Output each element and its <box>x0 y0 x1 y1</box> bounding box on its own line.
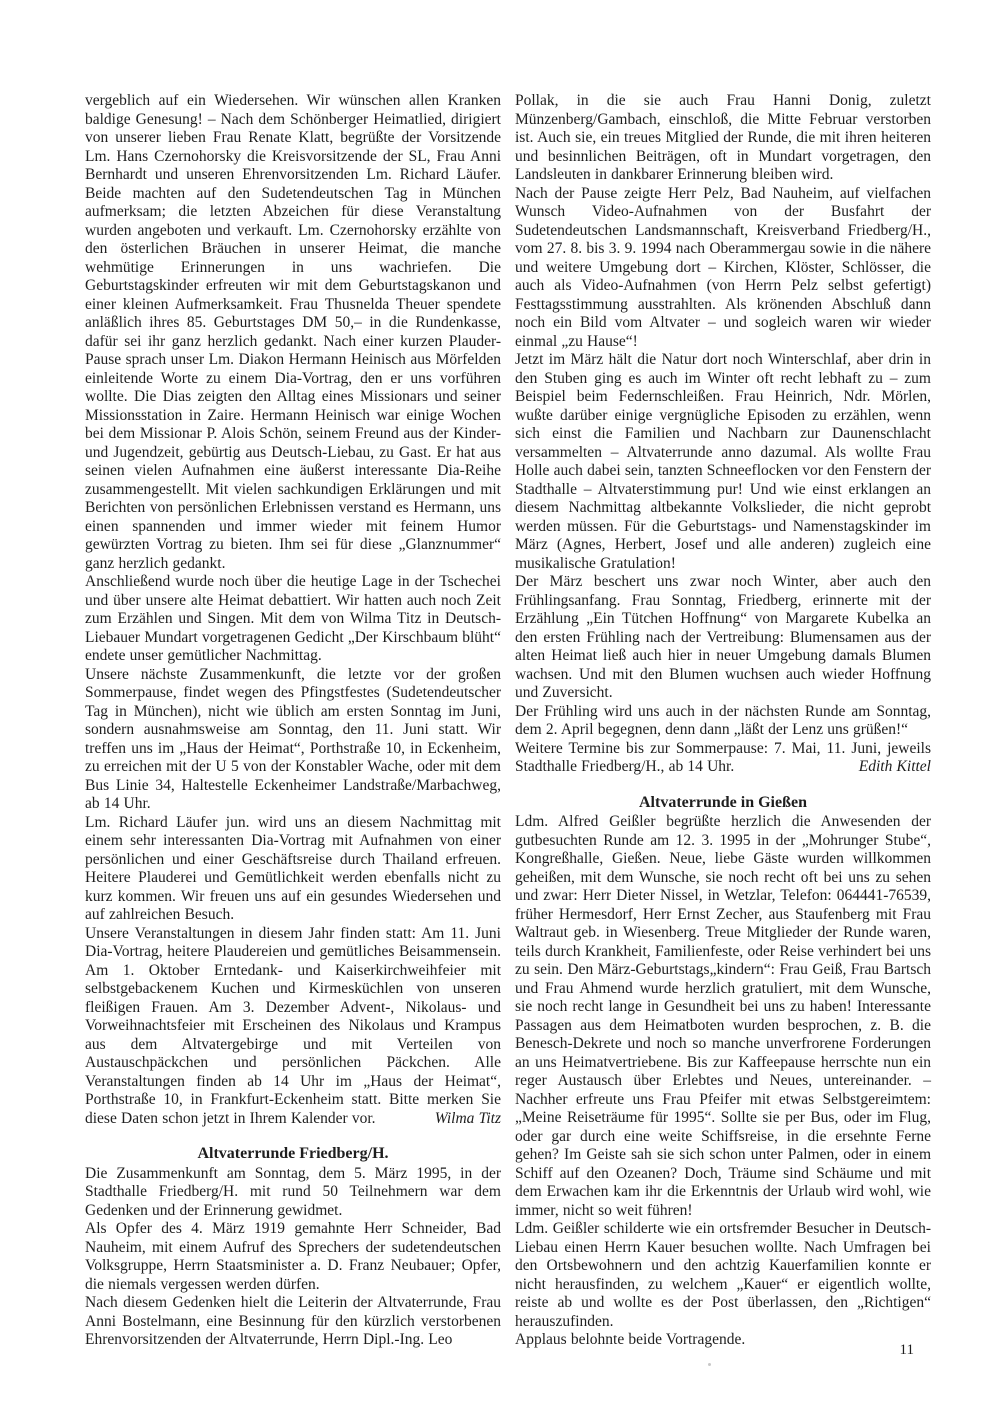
body-paragraph: Der Frühling wird uns auch in der nächst… <box>515 703 931 740</box>
body-paragraph: Jetzt im März hält die Natur dort noch W… <box>515 351 931 573</box>
print-artifact-dot <box>708 1363 711 1366</box>
paragraph-text: Unsere Veranstaltungen in diesem Jahr fi… <box>85 925 501 1127</box>
body-paragraph: Anschließend wurde noch über die heutige… <box>85 573 501 666</box>
body-paragraph: Die Zusammenkunft am Sonntag, dem 5. Mär… <box>85 1165 501 1221</box>
section-heading-friedberg: Altvaterrunde Friedberg/H. <box>85 1145 501 1164</box>
body-paragraph: Nach der Pause zeigte Herr Pelz, Bad Nau… <box>515 185 931 352</box>
newsletter-page: vergeblich auf ein Wiedersehen. Wir wüns… <box>0 0 1000 1412</box>
section-heading-giessen: Altvaterrunde in Gießen <box>515 794 931 813</box>
author-signature-wilma-titz: Wilma Titz <box>435 1110 501 1129</box>
author-signature-edith-kittel: Edith Kittel <box>859 758 931 777</box>
body-paragraph-with-signature: Unsere Veranstaltungen in diesem Jahr fi… <box>85 925 501 1129</box>
left-column: vergeblich auf ein Wiedersehen. Wir wüns… <box>85 92 501 1350</box>
article-body: vergeblich auf ein Wiedersehen. Wir wüns… <box>85 92 931 1350</box>
body-paragraph: Als Opfer des 4. März 1919 gemahnte Herr… <box>85 1220 501 1294</box>
body-paragraph: Lm. Richard Läufer jun. wird uns an dies… <box>85 814 501 925</box>
body-paragraph: Nach diesem Gedenken hielt die Leiterin … <box>85 1294 501 1350</box>
body-paragraph-with-signature: Weitere Termine bis zur Sommerpause: 7. … <box>515 740 931 777</box>
body-paragraph: Applaus belohnte beide Vortragende. <box>515 1331 931 1350</box>
body-paragraph: Ldm. Alfred Geißler begrüßte herzlich di… <box>515 813 931 1220</box>
body-paragraph: Pollak, in die sie auch Frau Hanni Donig… <box>515 92 931 185</box>
body-paragraph: Unsere nächste Zusammenkunft, die letzte… <box>85 666 501 814</box>
body-paragraph: vergeblich auf ein Wiedersehen. Wir wüns… <box>85 92 501 573</box>
page-number: 11 <box>900 1341 914 1359</box>
body-paragraph: Der März beschert uns zwar noch Winter, … <box>515 573 931 703</box>
body-paragraph: Ldm. Geißler schilderte wie ein ortsfrem… <box>515 1220 931 1331</box>
right-column: Pollak, in die sie auch Frau Hanni Donig… <box>515 92 931 1350</box>
